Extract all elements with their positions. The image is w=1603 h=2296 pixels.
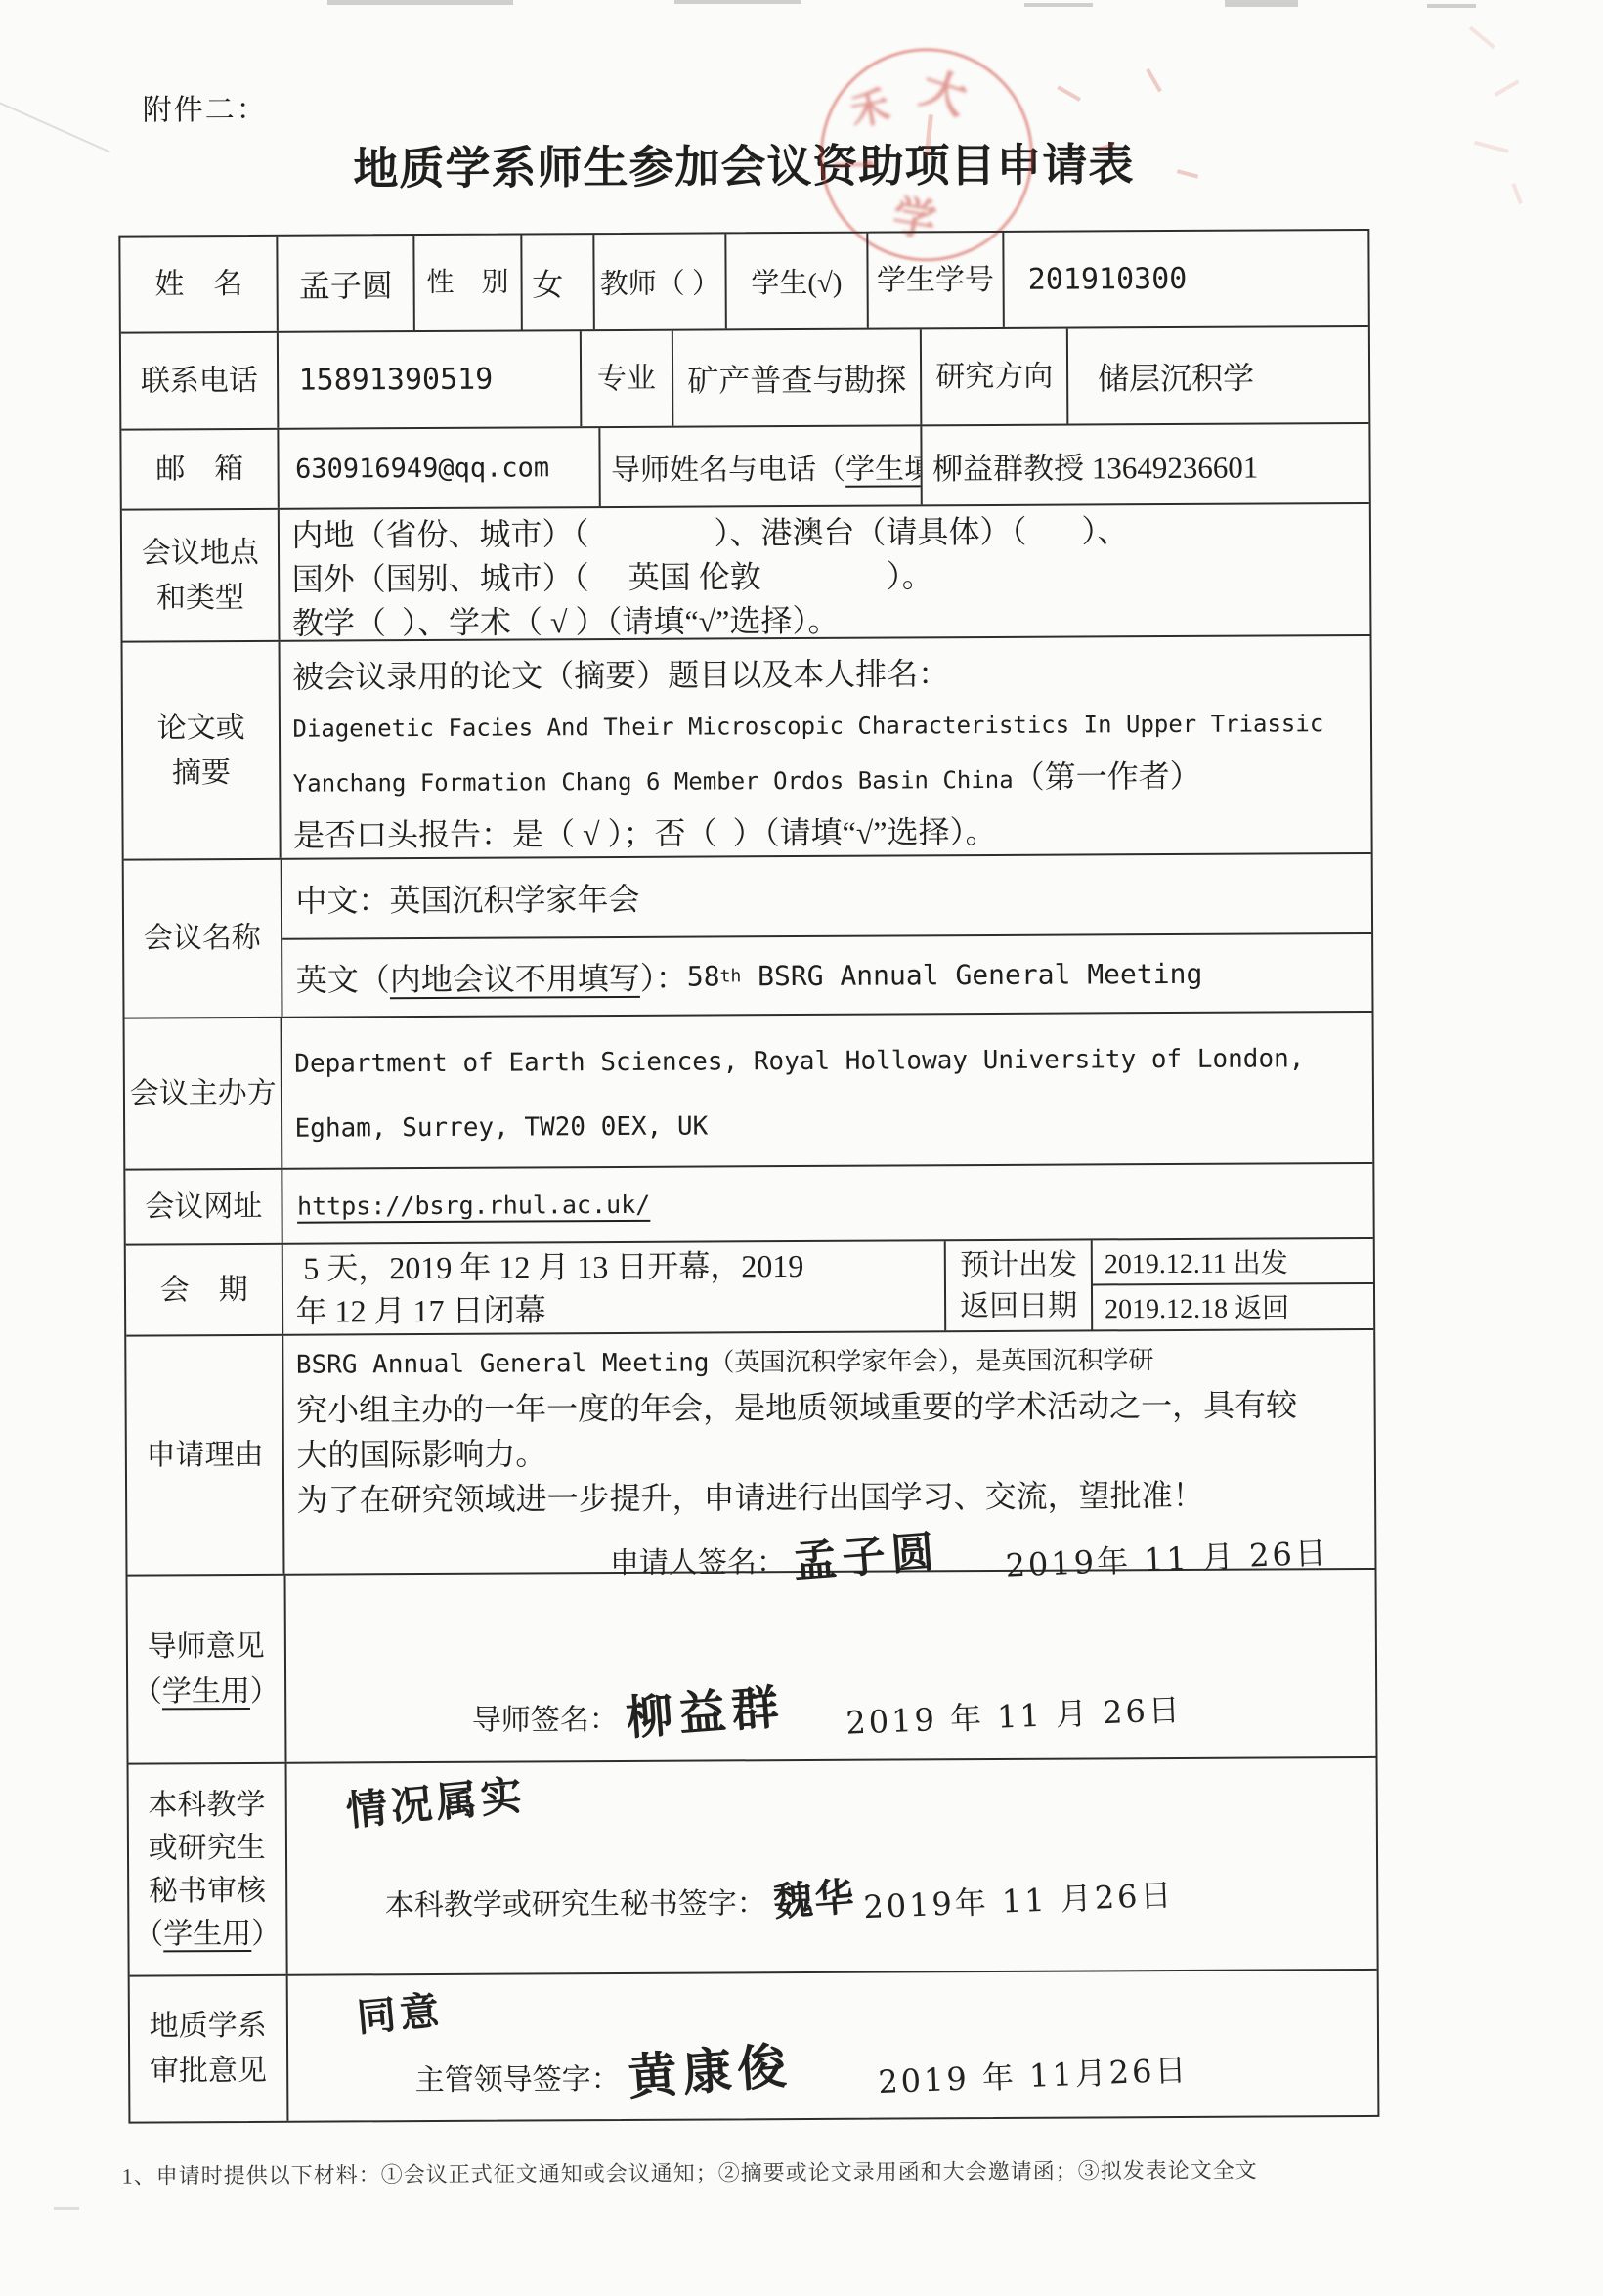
en-name-text: BSRG Annual General Meeting xyxy=(741,957,1202,991)
gender-label: 性 别 xyxy=(412,235,520,330)
seal-speckle xyxy=(1057,85,1081,101)
period-line1: 5 天，2019 年 12 月 13 日开幕，2019 xyxy=(295,1243,932,1289)
return-date: 2019.12.18 返回 xyxy=(1093,1282,1373,1328)
conference-name-label: 会议名称 xyxy=(124,860,281,1018)
advisor-label-text: 导师姓名与电话（ xyxy=(611,445,845,489)
location-label-line2: 和类型 xyxy=(156,575,244,620)
leader-sign-date: 2019 年 11月26日 xyxy=(877,2045,1190,2102)
advisor-opinion-line1: 导师意见 xyxy=(148,1624,265,1669)
seal-speckle xyxy=(1474,141,1509,153)
leader-signature: 黄康俊 xyxy=(626,2026,795,2108)
en-label-underlined: 内地会议不用填写 xyxy=(390,954,640,1000)
reason-line4: 为了在研究领域进一步提升，申请进行出国学习、交流，望批准！ xyxy=(296,1472,1363,1523)
website-label: 会议网址 xyxy=(125,1170,282,1244)
secretary-remark: 情况属实 xyxy=(343,1763,528,1839)
en-name-number: 58 xyxy=(687,960,720,992)
depart-return-label: 预计出发 返回日期 xyxy=(944,1240,1091,1330)
footer-note: 1、申请时提供以下材料：①会议正式征文通知或会议通知；②摘要或论文录用函和大会邀… xyxy=(122,2153,1393,2190)
paper-title-heading: 被会议录用的论文（摘要）题目以及本人排名： xyxy=(292,646,1359,704)
department-approval-label: 地质学系 审批意见 xyxy=(130,1976,286,2122)
advisor-label: 导师姓名与电话（学生填写）： xyxy=(599,426,921,506)
university-seal: 大 禾 一 学 xyxy=(0,0,1598,4)
attachment-label: 附件二： xyxy=(143,85,268,129)
website-value: https://bsrg.rhul.ac.uk/ xyxy=(282,1164,1373,1243)
en-label-colon: ）： xyxy=(640,954,687,999)
row-basic-info: 姓 名 孟子圆 性 别 女 教师（ ） 学生(√) 学生学号 201910300 xyxy=(120,231,1367,332)
seal-glyph: 一 xyxy=(833,133,876,195)
row-organizer: 会议主办方 Department of Earth Sciences, Roya… xyxy=(125,1011,1373,1169)
row-dates: 会 期 5 天，2019 年 12 月 13 日开幕，2019 年 12 月 1… xyxy=(126,1237,1373,1335)
application-table: 姓 名 孟子圆 性 别 女 教师（ ） 学生(√) 学生学号 201910300… xyxy=(118,229,1379,2124)
name-value: 孟子圆 xyxy=(277,236,413,331)
reason-label: 申请理由 xyxy=(126,1336,283,1575)
scanned-form-page: 附件二： 地质学系师生参加会议资助项目申请表 大 禾 一 学 姓 名 孟子圆 xyxy=(0,0,1603,2296)
organizer-content: Department of Earth Sciences, Royal Holl… xyxy=(281,1013,1372,1168)
location-label: 会议地点 和类型 xyxy=(122,510,279,641)
advisor-signature: 柳益群 xyxy=(624,1669,787,1749)
row-advisor-opinion: 导师意见 （学生用） 导师签名： 柳益群 2019 年 11 月 26日 xyxy=(128,1568,1376,1763)
advisor-sign-date: 2019 年 11 月 26日 xyxy=(845,1685,1183,1744)
advisor-opinion-line2: （学生用） xyxy=(133,1668,280,1714)
en-label-prefix: 英文（ xyxy=(296,955,390,1001)
seal-speckle xyxy=(1146,68,1162,92)
organizer-line1: Department of Earth Sciences, Royal Holl… xyxy=(294,1026,1361,1097)
secretary-review-label: 本科教学 或研究生 秘书审核 （学生用） xyxy=(129,1764,286,1975)
research-label: 研究方向 xyxy=(920,329,1066,425)
research-value: 储层沉积学 xyxy=(1066,327,1369,424)
major-value: 矿产普查与勘探 xyxy=(672,329,921,425)
row-contact: 联系电话 15891390519 专业 矿产普查与勘探 研究方向 储层沉积学 xyxy=(121,325,1369,429)
en-name-ordinal: th xyxy=(720,966,742,986)
depart-label-line1: 预计出发 xyxy=(960,1244,1077,1286)
advisor-value: 柳益群教授 13649236601 xyxy=(921,424,1369,504)
form-title: 地质学系师生参加会议资助项目申请表 xyxy=(118,128,1369,199)
major-label: 专业 xyxy=(579,331,672,426)
advisor-opinion-label: 导师意见 （学生用） xyxy=(128,1576,284,1763)
row-website: 会议网址 https://bsrg.rhul.ac.uk/ xyxy=(125,1162,1372,1244)
oral-report-line: 是否口头报告：是（ √ ）；否（ ）（请填“√”选择）。 xyxy=(293,804,1360,862)
first-author-note: （第一作者） xyxy=(1014,758,1201,795)
department-approval-content: 同意 主管领导签字： 黄康俊 2019 年 11月26日 xyxy=(285,1971,1377,2121)
location-abroad-line: 国外（国别、城市）（ 英国 伦敦 ）。 xyxy=(292,552,1359,602)
advisor-sign-line: 导师签名： 柳益群 2019 年 11 月 26日 xyxy=(472,1672,1183,1744)
secretary-review-content: 情况属实 本科教学或研究生秘书签字： 魏华 2019年 11 月26日 xyxy=(284,1758,1377,1974)
conference-name-en: 英文（内地会议不用填写）：58th BSRG Annual General Me… xyxy=(282,932,1372,1017)
location-mainland-line: 内地（省份、城市）（ ）、港澳台（请具体）（ ）、 xyxy=(291,508,1358,558)
row-email-advisor: 邮 箱 630916949@qq.com 导师姓名与电话（学生填写）： 柳益群教… xyxy=(121,422,1368,509)
reason-line3: 大的国际影响力。 xyxy=(296,1427,1363,1478)
advisor-sign-label: 导师签名： xyxy=(472,1704,619,1737)
phone-value: 15891390519 xyxy=(277,331,580,428)
paper-title-en-text: Yanchang Formation Chang 6 Member Ordos … xyxy=(293,766,1014,798)
period-label: 会 期 xyxy=(126,1245,282,1335)
row-paper-abstract: 论文或 摘要 被会议录用的论文（摘要）题目以及本人排名： Diagenetic … xyxy=(123,634,1371,859)
secretary-label-line3: 秘书审核 xyxy=(149,1869,266,1913)
teacher-option: 教师（ ） xyxy=(593,234,725,329)
phone-label: 联系电话 xyxy=(121,333,278,429)
conference-name-cn: 中文：英国沉积学家年会 xyxy=(282,854,1371,938)
seal-speckle xyxy=(1511,183,1522,204)
organizer-line2: Egham, Surrey, TW20 0EX, UK xyxy=(294,1091,1361,1161)
secretary-sign-line: 本科教学或研究生秘书签字： 魏华 2019年 11 月26日 xyxy=(385,1867,1175,1927)
paper-label-line2: 摘要 xyxy=(172,751,231,796)
seal-speckle xyxy=(1494,79,1519,97)
depart-date: 2019.12.11 出发 xyxy=(1093,1239,1373,1284)
location-label-line1: 会议地点 xyxy=(142,530,259,576)
paper-content: 被会议录用的论文（摘要）题目以及本人排名： Diagenetic Facies … xyxy=(279,636,1371,858)
period-content: 5 天，2019 年 12 月 13 日开幕，2019 年 12 月 17 日闭… xyxy=(282,1241,944,1334)
row-department-approval: 地质学系 审批意见 同意 主管领导签字： 黄康俊 2019 年 11月26日 xyxy=(130,1969,1378,2122)
secretary-label-line2: 或研究生 xyxy=(149,1826,266,1870)
gender-value: 女 xyxy=(520,235,593,329)
location-content: 内地（省份、城市）（ ）、港澳台（请具体）（ ）、 国外（国别、城市）（ 英国 … xyxy=(278,504,1369,640)
student-option: 学生(√) xyxy=(724,234,866,329)
organizer-label: 会议主办方 xyxy=(125,1018,282,1169)
period-line2: 年 12 月 17 日闭幕 xyxy=(295,1286,932,1332)
reason-line1-text: BSRG Annual General Meeting（英国沉积学家年会），是英… xyxy=(296,1346,1154,1380)
reason-line2: 究小组主办的一年一度的年会，是地质领域重要的学术活动之一，具有较 xyxy=(296,1382,1363,1433)
leader-sign-label: 主管领导签字： xyxy=(415,2063,621,2097)
department-label-line1: 地质学系 xyxy=(150,2004,267,2050)
paper-label-line1: 论文或 xyxy=(157,705,245,750)
advisor-opinion-content: 导师签名： 柳益群 2019 年 11 月 26日 xyxy=(283,1570,1375,1762)
email-value: 630916949@qq.com xyxy=(278,428,599,508)
row-secretary-review: 本科教学 或研究生 秘书审核 （学生用） 情况属实 本科教学或研究生秘书签字： … xyxy=(129,1756,1377,1975)
reason-content: BSRG Annual General Meeting（英国沉积学家年会），是英… xyxy=(282,1330,1375,1574)
row-location-type: 会议地点 和类型 内地（省份、城市）（ ）、港澳台（请具体）（ ）、 国外（国别… xyxy=(122,502,1370,641)
department-label-line2: 审批意见 xyxy=(150,2049,267,2095)
paper-title-en-line1: Diagenetic Facies And Their Microscopic … xyxy=(292,698,1359,756)
paper-label: 论文或 摘要 xyxy=(123,642,281,859)
row-application-reason: 申请理由 BSRG Annual General Meeting（英国沉积学家年… xyxy=(126,1328,1374,1575)
reason-line1: BSRG Annual General Meeting（英国沉积学家年会），是英… xyxy=(296,1334,1363,1388)
student-id-label: 学生学号 xyxy=(866,233,1003,328)
seal-speckle xyxy=(1469,26,1495,50)
secretary-sign-label: 本科教学或研究生秘书签字： xyxy=(385,1887,766,1922)
secretary-sign-date: 2019年 11 月26日 xyxy=(862,1870,1175,1928)
leader-sign-line: 主管领导签字： 黄康俊 2019 年 11月26日 xyxy=(414,2030,1189,2104)
email-label: 邮 箱 xyxy=(121,430,278,509)
paper-title-en-line2: Yanchang Formation Chang 6 Member Ordos … xyxy=(293,750,1360,810)
secretary-label-line4: （学生用） xyxy=(134,1912,281,1956)
advisor-label-underlined: 学生填写 xyxy=(845,444,921,488)
student-id-value: 201910300 xyxy=(1002,231,1367,327)
secretary-signature: 魏华 xyxy=(771,1866,857,1928)
name-label: 姓 名 xyxy=(120,237,277,332)
depart-label-line2: 返回日期 xyxy=(960,1285,1077,1327)
row-conference-name: 会议名称 中文：英国沉积学家年会 英文（内地会议不用填写）：58th BSRG … xyxy=(124,852,1372,1018)
conference-url: https://bsrg.rhul.ac.uk/ xyxy=(297,1191,650,1221)
secretary-label-line1: 本科教学 xyxy=(148,1783,265,1827)
